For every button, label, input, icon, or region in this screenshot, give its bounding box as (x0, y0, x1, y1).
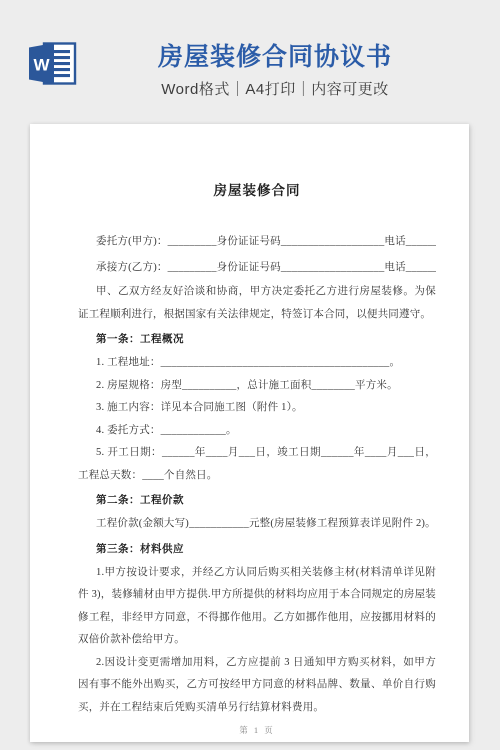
party-line-a: 委托方(甲方)：_________身份证证号码_________________… (78, 229, 436, 255)
page-background: W 房屋装修合同协议书 Word格式｜A4打印｜内容可更改 房屋装修合同 委托方… (0, 0, 500, 750)
clause-2-price-line: 工程价款(金额大写)___________元整(房屋装修工程预算表详见附件 2)… (78, 513, 436, 536)
document-title: 房屋装修合同 (78, 179, 436, 199)
clause-2-heading: 第二条：工程价款 (78, 490, 436, 512)
clause-3-paragraph-2: 2.因设计变更需增加用料，乙方应提前 3 日通知甲方购买材料，如甲方因有事不能外… (78, 652, 436, 720)
clause-3-paragraph-1: 1.甲方按设计要求，并经乙方认同后购买相关装修主材(材料清单详见附件 3)，装修… (78, 562, 436, 652)
page-number: 第 1 页 (78, 724, 436, 736)
intro-paragraph: 甲、乙双方经友好洽谈和协商，甲方决定委托乙方进行房屋装修。为保证工程顺利进行，根… (78, 281, 436, 326)
clause-3-heading: 第三条：材料供应 (78, 539, 436, 561)
clause-1-item-5: 5. 开工日期：______年____月___日，竣工日期______年____… (78, 442, 436, 487)
clause-1-item-4: 4. 委托方式：____________。 (78, 420, 436, 443)
page-subtitle: Word格式｜A4打印｜内容可更改 (55, 78, 495, 99)
page-title: 房屋装修合同协议书 (55, 42, 495, 72)
party-line-b: 承接方(乙方)：_________身份证证号码_________________… (78, 255, 436, 281)
listing-header: 房屋装修合同协议书 Word格式｜A4打印｜内容可更改 (55, 42, 495, 99)
word-icon-letter: W (33, 56, 50, 75)
clause-1-item-3: 3. 施工内容：详见本合同施工图（附件 1）。 (78, 397, 436, 420)
clause-1-item-1: 1. 工程地址：________________________________… (78, 352, 436, 375)
clause-1-item-2: 2. 房屋规格：房型__________，总计施工面积________平方米。 (78, 375, 436, 398)
document-preview-page: 房屋装修合同 委托方(甲方)：_________身份证证号码__________… (30, 124, 469, 742)
clause-1-heading: 第一条：工程概况 (78, 329, 436, 351)
